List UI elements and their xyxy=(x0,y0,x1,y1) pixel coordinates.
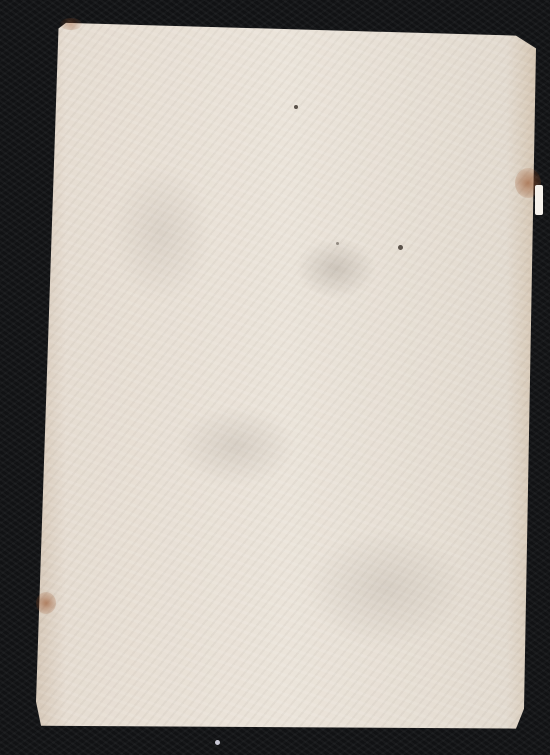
photo-scene xyxy=(0,0,550,755)
dark-speck xyxy=(336,242,339,245)
dark-speck xyxy=(398,245,403,250)
debris-speck xyxy=(215,740,220,745)
rust-stain xyxy=(60,18,82,30)
dark-speck xyxy=(294,105,298,109)
edge-chip xyxy=(535,185,543,215)
weathered-tablet xyxy=(36,20,536,730)
rust-stain xyxy=(36,592,56,614)
